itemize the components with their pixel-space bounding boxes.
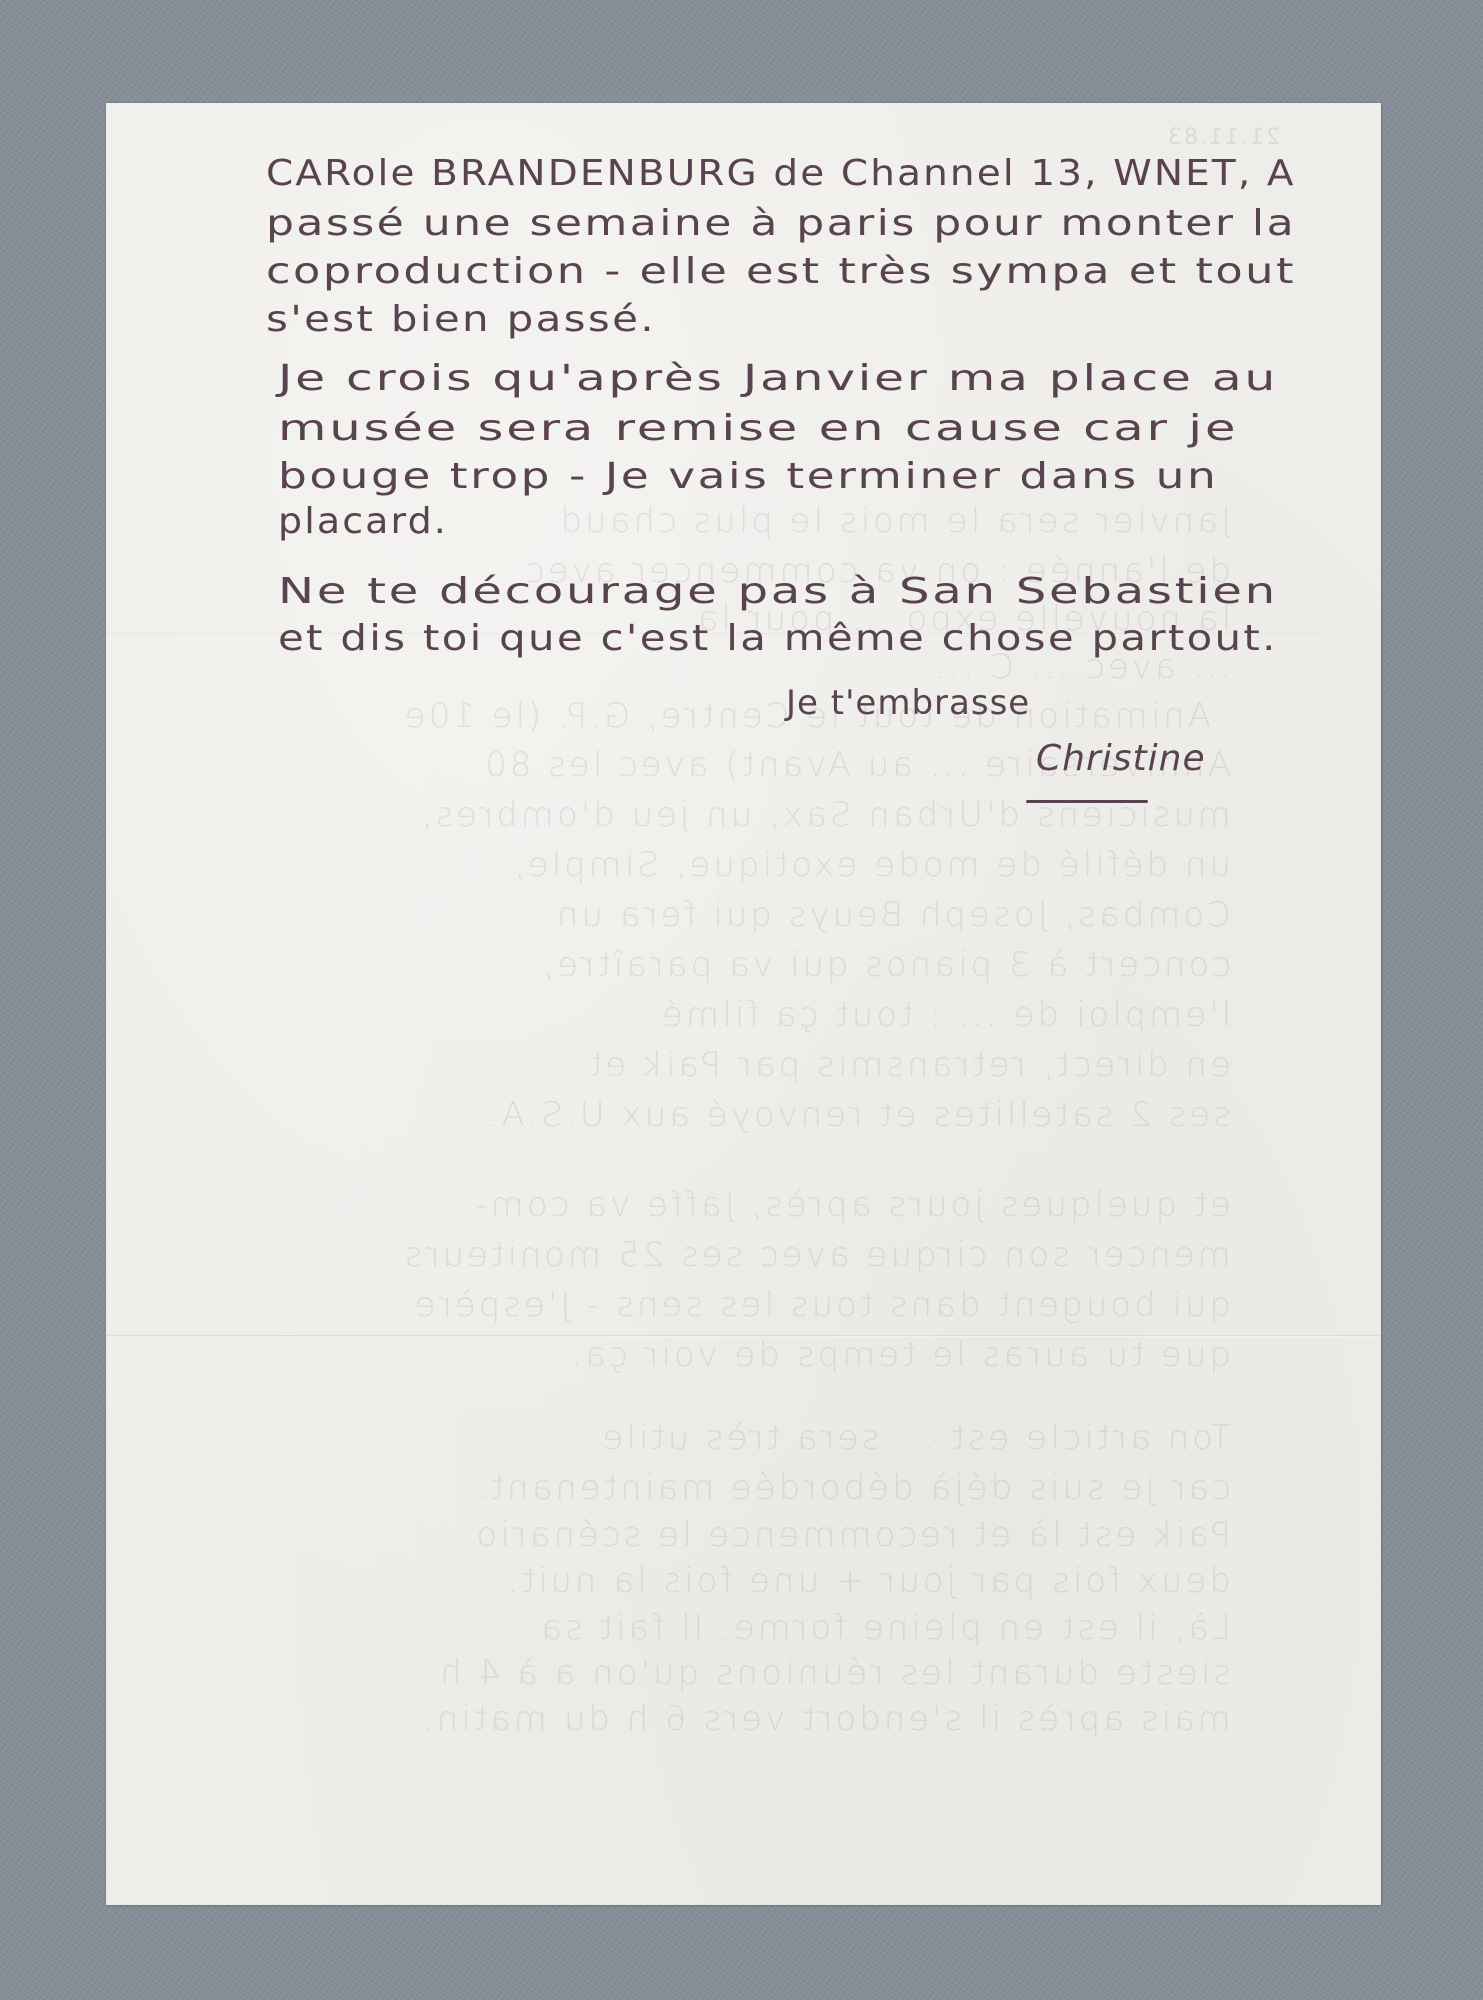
letter-line: musée sera remise en cause car je — [278, 408, 1238, 449]
letter-signature: Christine — [1036, 738, 1206, 779]
letter-line: Je crois qu'après Janvier ma place au — [278, 358, 1278, 399]
letter-body: CARole BRANDENBURG de Channel 13, WNET, … — [106, 103, 1381, 1905]
letter-line: et dis toi que c'est la même chose parto… — [278, 618, 1278, 659]
letter-page: 21.11.83 Janvier sera le mois le plus ch… — [106, 103, 1381, 1905]
letter-line: coproduction - elle est très sympa et to… — [266, 251, 1296, 292]
letter-line: bouge trop - Je vais terminer dans un — [278, 456, 1218, 497]
letter-line: passé une semaine à paris pour monter la — [266, 203, 1296, 244]
letter-line: CARole BRANDENBURG de Channel 13, WNET, … — [266, 153, 1296, 194]
letter-line: placard. — [278, 501, 448, 542]
letter-line: Ne te décourage pas à San Sebastien — [278, 571, 1278, 612]
signature-underline — [1026, 800, 1148, 803]
letter-line: s'est bien passé. — [266, 299, 656, 340]
letter-closing: Je t'embrasse — [786, 683, 1030, 723]
